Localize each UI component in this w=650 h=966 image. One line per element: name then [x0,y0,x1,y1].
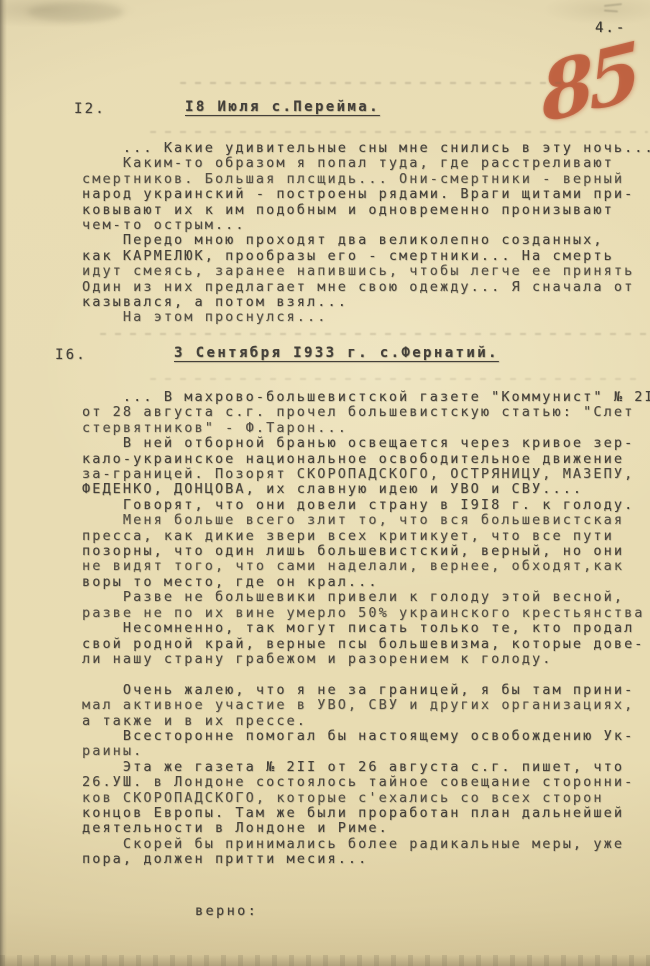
typewritten-line: Каким-то образом я попал туда, где расст… [82,156,650,171]
erased-typewriter-line [100,333,648,335]
typewritten-line: идут смеясь, заранее напившись, чтобы ле… [82,264,650,279]
entry-12-number: I2. [74,101,106,117]
typewritten-line: не видят того, что сами наделали, вернее… [82,559,650,574]
erased-typewriter-line [150,378,640,380]
typewritten-line: пора, должен притти месия... [82,852,650,867]
typewritten-line: от 28 августа с.г. прочел большевистскую… [82,405,650,420]
typewritten-line: концов Европы. Там же были проработан пл… [82,806,650,821]
entry-12-heading: I8 Июля с.Перейма. [185,99,380,115]
certification-footer: верно: [195,903,258,919]
typewritten-line: Один из них предлагает мне свою одежду..… [82,280,650,295]
typewritten-line: пресса, как дикие звери всех критикует, … [82,529,650,544]
typewritten-line: за-границей. Позорят СКОРОПАДСКОГО, ОСТР… [82,467,650,482]
typewritten-line: ковывают их к им подобным и одновременно… [82,203,650,218]
ink-bleed-smudge [600,2,626,16]
typewritten-line: Скорей бы принимались более радикальные … [82,837,650,852]
typewritten-line: стервятников" - Ф.Тарон... [82,421,650,436]
typewritten-line: чем-то острым... [82,218,650,233]
typewritten-line: ли нашу страну грабежом и разорением к г… [82,652,650,667]
typewritten-line: смертников. Большая плсщидь... Они-смерт… [82,172,650,187]
typewritten-line: разве не по их вине умерло 50% украинско… [82,606,650,621]
paper-smudge [28,2,123,22]
typewritten-line: народ украинский - построены рядами. Вра… [82,187,650,202]
typewritten-line: Несомненно, так могут писать только те, … [82,621,650,636]
typewritten-line: Передо мною проходят два великолепно соз… [82,233,650,248]
entry-12-body: ... Какие удивительные сны мне снились в… [82,141,650,327]
typewritten-line: Всесторонне помогал бы настоящему освобо… [82,729,650,744]
typewritten-line: а также и в их прессе. [82,714,650,729]
scan-bottom-edge-shadow [0,955,650,966]
entry-16-heading: 3 Сентября I933 г. с.Фернатий. [174,345,499,361]
typewritten-line: На этом проснулся... [82,310,650,325]
typewritten-line: Говорят, что они довели страну в I9I8 г.… [82,498,650,513]
typewritten-line: раины. [82,744,650,759]
typewritten-line: кало-украинское национальное освободител… [82,452,650,467]
scan-left-edge-shadow [0,0,7,966]
typewritten-line: мал активное участие в УВО, СВУ и других… [82,698,650,713]
scanned-document-page: 4.- 85 I2. I8 Июля с.Перейма. ... Какие … [0,0,650,966]
entry-16-body: ... В махрово-большевистской газете "Ком… [82,390,650,870]
typewritten-line: ков СКОРОПАДСКОГО, которые с'ехались со … [82,791,650,806]
typewritten-line: ФЕДЕНКО, ДОНЦОВА, их славную идею и УВО … [82,482,650,497]
typewritten-line: В ней отборной бранью освещается через к… [82,436,650,451]
typewritten-line: Эта же газета № 2II от 26 августа с.г. п… [82,760,650,775]
typewritten-line: казывался, а потом взял... [82,295,650,310]
typewritten-line: деятельности в Лондоне и Риме. [82,821,650,836]
typewritten-line: свой родной край, верные псы большевизма… [82,637,650,652]
erased-typewriter-line [150,131,648,133]
typewritten-line: 26.УШ. в Лондоне состоялось тайное совещ… [82,775,650,790]
typewritten-line: как КАРМЕЛЮК, прообразы его - смертники.… [82,249,650,264]
typewritten-line: Очень жалею, что я не за границей, я бы … [82,683,650,698]
typewritten-line: Меня больше всего злит то, что вся больш… [82,513,650,528]
erased-typewriter-line [180,82,565,84]
typewritten-line [82,667,650,682]
typewritten-line: воры то место, где он крал... [82,575,650,590]
entry-16-number: I6. [55,347,87,363]
typewritten-line: Разве не большевики привели к голоду это… [82,590,650,605]
